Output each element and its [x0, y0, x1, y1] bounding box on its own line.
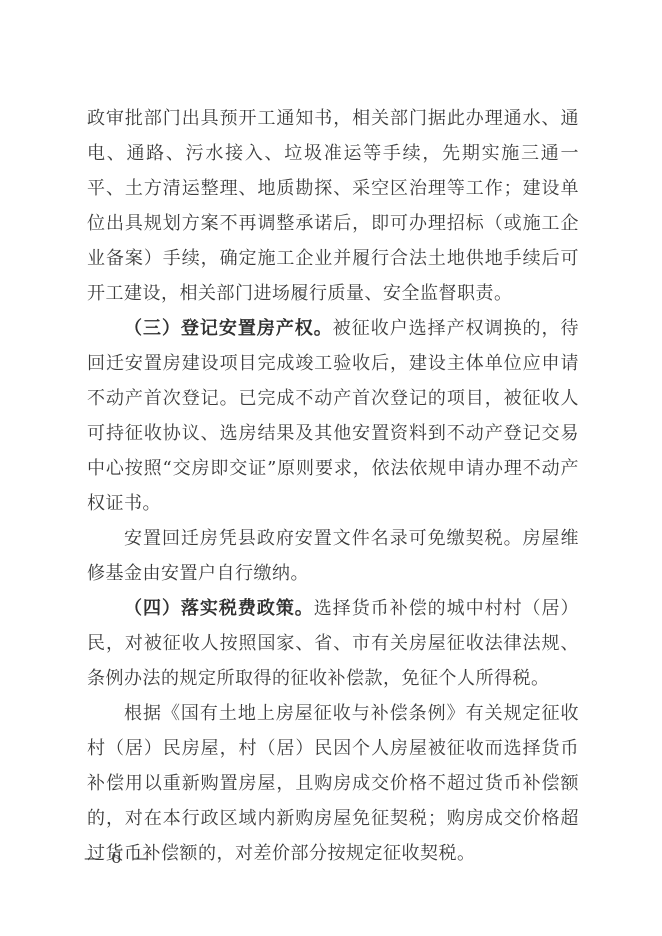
page-number: — 6 —: [84, 846, 151, 870]
document-body: 政审批部门出具预开工通知书，相关部门据此办理通水、通电、通路、污水接入、垃圾准运…: [87, 101, 579, 871]
section-heading: （四）落实税费政策。: [124, 598, 314, 619]
paragraph-text: 安置回迁房凭县政府安置文件名录可免缴契税。房屋维修基金由安置户自行缴纳。: [87, 528, 579, 584]
paragraph: 政审批部门出具预开工通知书，相关部门据此办理通水、通电、通路、污水接入、垃圾准运…: [87, 101, 579, 311]
paragraph-text: 被征收户选择产权调换的，待回迁安置房建设项目完成竣工验收后，建设主体单位应申请不…: [87, 318, 579, 514]
paragraph: （四）落实税费政策。选择货币补偿的城中村村（居）民，对被征收人按照国家、省、市有…: [87, 591, 579, 696]
paragraph: 根据《国有土地上房屋征收与补偿条例》有关规定征收村（居）民房屋，村（居）民因个人…: [87, 696, 579, 871]
document-page: 政审批部门出具预开工通知书，相关部门据此办理通水、通电、通路、污水接入、垃圾准运…: [0, 0, 662, 936]
paragraph: （三）登记安置房产权。被征收户选择产权调换的，待回迁安置房建设项目完成竣工验收后…: [87, 311, 579, 521]
paragraph-text: 政审批部门出具预开工通知书，相关部门据此办理通水、通电、通路、污水接入、垃圾准运…: [87, 108, 579, 304]
section-heading: （三）登记安置房产权。: [124, 318, 333, 339]
paragraph: 安置回迁房凭县政府安置文件名录可免缴契税。房屋维修基金由安置户自行缴纳。: [87, 521, 579, 591]
paragraph-text: 根据《国有土地上房屋征收与补偿条例》有关规定征收村（居）民房屋，村（居）民因个人…: [87, 703, 579, 864]
